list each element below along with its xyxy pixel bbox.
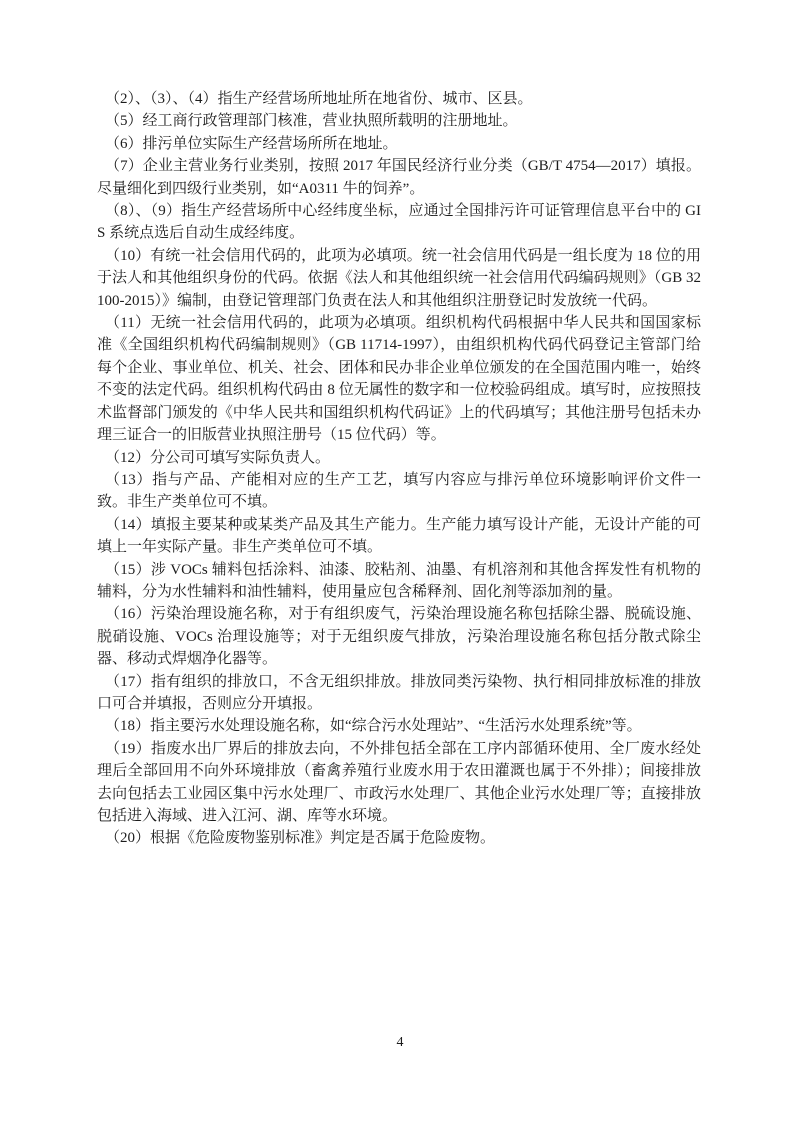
document-page: （2）、（3）、（4）指生产经营场所地址所在地省份、城市、区县。 （5）经工商行… [0, 0, 800, 1132]
footnote-paragraph-2-3-4: （2）、（3）、（4）指生产经营场所地址所在地省份、城市、区县。 [97, 88, 701, 110]
footnote-paragraph-19: （19）指废水出厂界后的排放去向，不外排包括全部在工序内部循环使用、全厂废水经处… [97, 738, 701, 828]
footnote-paragraph-15: （15）涉 VOCs 辅料包括涂料、油漆、胶粘剂、油墨、有机溶剂和其他含挥发性有… [97, 559, 701, 604]
footnote-paragraph-6: （6）排污单位实际生产经营场所所在地址。 [97, 133, 701, 155]
footnote-paragraph-17: （17）指有组织的排放口，不含无组织排放。排放同类污染物、执行相同排放标准的排放… [97, 671, 701, 716]
footnote-paragraph-18: （18）指主要污水处理设施名称，如“综合污水处理站”、“生活污水处理系统”等。 [97, 715, 701, 737]
page-footer: 4 [0, 1034, 800, 1052]
footnote-paragraph-7: （7）企业主营业务行业类别，按照 2017 年国民经济行业分类（GB/T 475… [97, 155, 701, 200]
page-number: 4 [397, 1035, 404, 1050]
footnote-paragraph-13: （13）指与产品、产能相对应的生产工艺，填写内容应与排污单位环境影响评价文件一致… [97, 469, 701, 514]
footnote-paragraph-5: （5）经工商行政管理部门核准，营业执照所载明的注册地址。 [97, 110, 701, 132]
footnotes-section: （2）、（3）、（4）指生产经营场所地址所在地省份、城市、区县。 （5）经工商行… [97, 88, 701, 850]
footnote-paragraph-14: （14）填报主要某种或某类产品及其生产能力。生产能力填写设计产能，无设计产能的可… [97, 514, 701, 559]
footnote-paragraph-12: （12）分公司可填写实际负责人。 [97, 447, 701, 469]
footnote-paragraph-10: （10）有统一社会信用代码的，此项为必填项。统一社会信用代码是一组长度为 18 … [97, 245, 701, 312]
footnote-paragraph-20: （20）根据《危险废物鉴别标准》判定是否属于危险废物。 [97, 827, 701, 849]
footnote-paragraph-8-9: （8）、（9）指生产经营场所中心经纬度坐标，应通过全国排污许可证管理信息平台中的… [97, 200, 701, 245]
footnote-paragraph-16: （16）污染治理设施名称，对于有组织废气，污染治理设施名称包括除尘器、脱硫设施、… [97, 603, 701, 670]
footnote-paragraph-11: （11）无统一社会信用代码的，此项为必填项。组织机构代码根据中华人民共和国国家标… [97, 312, 701, 446]
